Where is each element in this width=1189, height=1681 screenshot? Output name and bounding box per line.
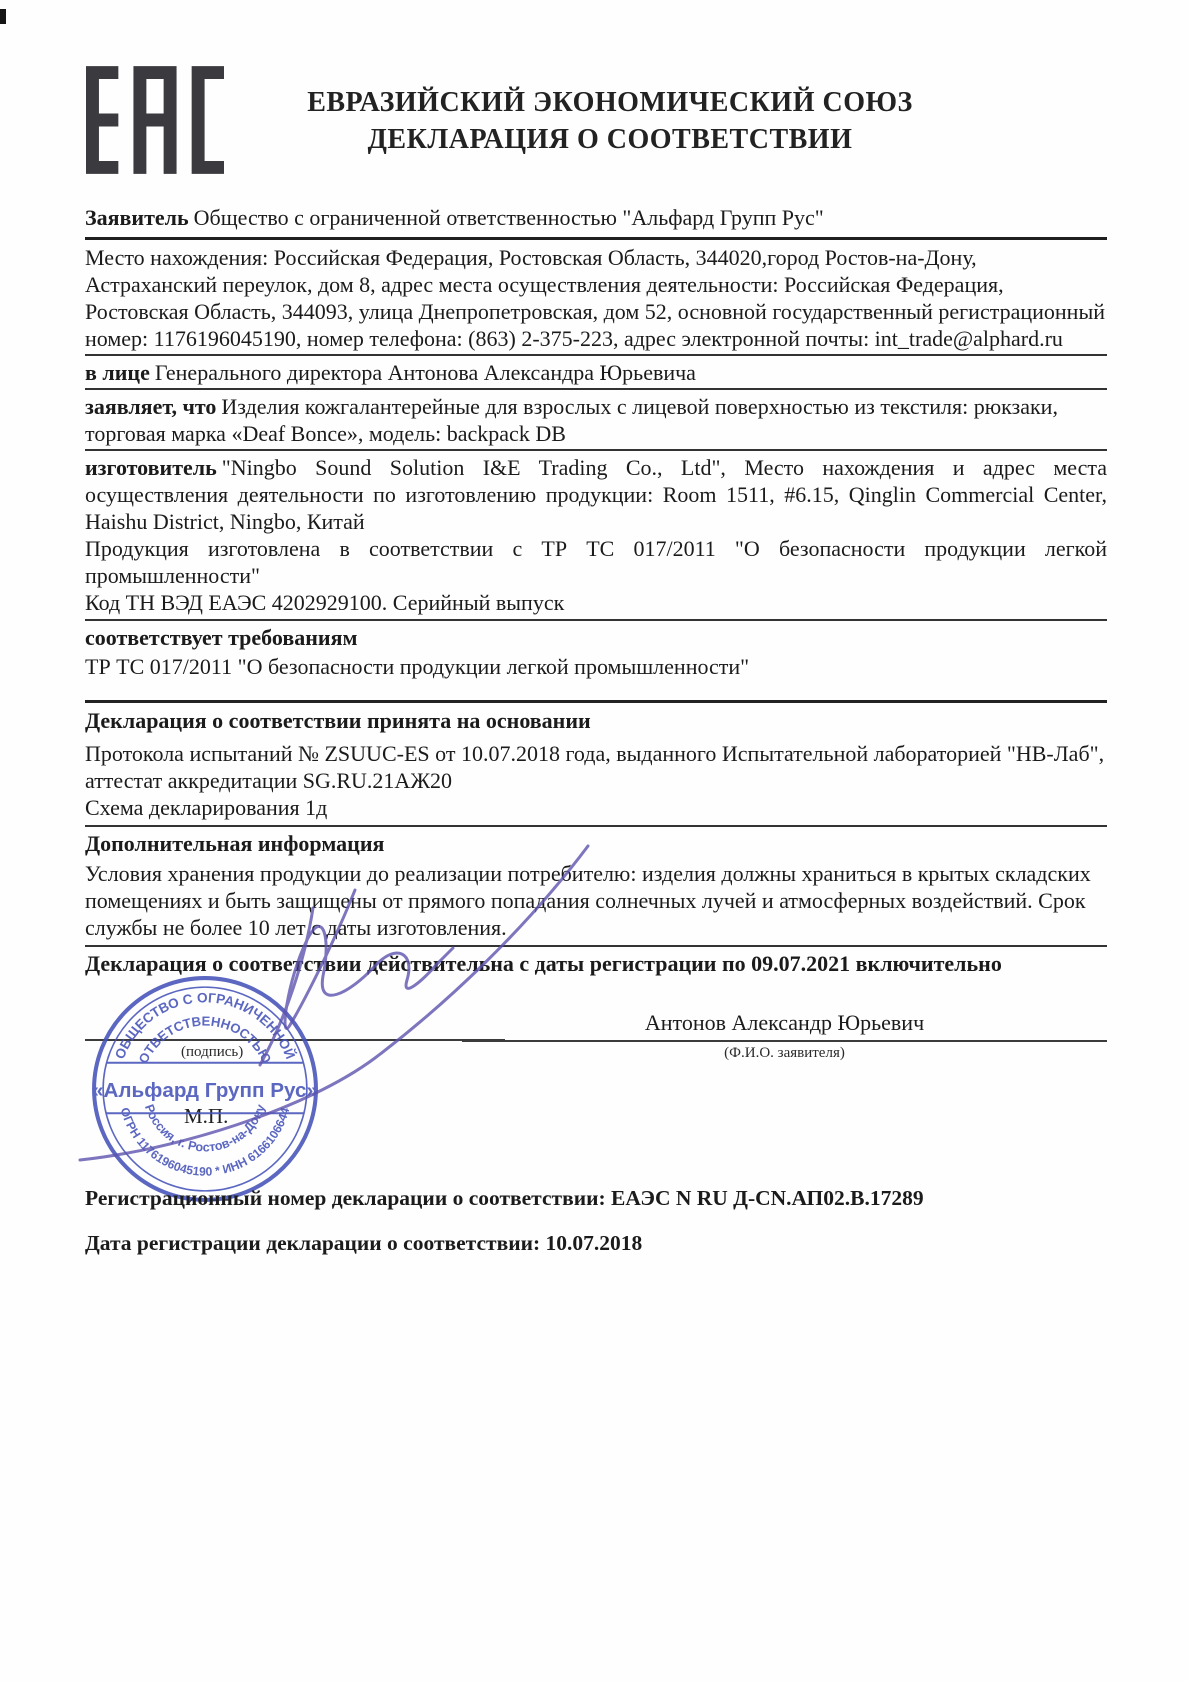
reg-date-value: 10.07.2018 xyxy=(546,1231,643,1255)
production-paragraph: Продукция изготовлена в соответствии с Т… xyxy=(85,535,1107,589)
reg-number-value: ЕАЭС N RU Д-CN.АП02.В.17289 xyxy=(611,1186,924,1210)
reg-number-row: Регистрационный номер декларации о соотв… xyxy=(85,1186,1107,1211)
reg-date-label: Дата регистрации декларации о соответств… xyxy=(85,1231,540,1255)
manufacturer-label: изготовитель xyxy=(85,455,217,480)
title-line-1: ЕВРАЗИЙСКИЙ ЭКОНОМИЧЕСКИЙ СОЮЗ xyxy=(230,84,990,121)
reg-date-row: Дата регистрации декларации о соответств… xyxy=(85,1231,1107,1256)
reg-number-label: Регистрационный номер декларации о соотв… xyxy=(85,1186,606,1210)
title-line-2: ДЕКЛАРАЦИЯ О СООТВЕТСТВИИ xyxy=(230,121,990,158)
complies-text: ТР ТС 017/2011 "О безопасности продукции… xyxy=(85,651,1107,703)
applicant-label: Заявитель xyxy=(85,205,189,230)
applicant-value: Общество с ограниченной ответственностью… xyxy=(194,205,824,230)
eac-logo xyxy=(86,66,224,174)
basis-heading: Декларация о соответствии принята на осн… xyxy=(85,703,1107,734)
declares-value: Изделия кожгалантерейные для взрослых с … xyxy=(85,394,1058,446)
in-person-label: в лице xyxy=(85,360,150,385)
in-person-value: Генерального директора Антонова Александ… xyxy=(155,360,696,385)
page-title: ЕВРАЗИЙСКИЙ ЭКОНОМИЧЕСКИЙ СОЮЗ ДЕКЛАРАЦИ… xyxy=(230,84,990,158)
manufacturer-row: изготовитель"Ningbo Sound Solution I&E T… xyxy=(85,451,1107,535)
declaration-document: ЕВРАЗИЙСКИЙ ЭКОНОМИЧЕСКИЙ СОЮЗ ДЕКЛАРАЦИ… xyxy=(0,0,1189,1681)
applicant-row: ЗаявительОбщество с ограниченной ответст… xyxy=(85,204,1107,240)
handwritten-signature xyxy=(55,820,635,1200)
tnved-row: Код ТН ВЭД ЕАЭС 4202929100. Серийный вып… xyxy=(85,589,1107,621)
registration-footer: Регистрационный номер декларации о соотв… xyxy=(85,1186,1107,1256)
complies-heading: соответствует требованиям xyxy=(85,621,1107,651)
manufacturer-value: "Ningbo Sound Solution I&E Trading Co., … xyxy=(85,455,1107,534)
in-person-row: в лицеГенерального директора Антонова Ал… xyxy=(85,356,1107,390)
declares-row: заявляет, чтоИзделия кожгалантерейные дл… xyxy=(85,390,1107,451)
basis-text: Протокола испытаний № ZSUUC-ES от 10.07.… xyxy=(85,734,1107,794)
declares-label: заявляет, что xyxy=(85,394,216,419)
address-paragraph: Место нахождения: Российская Федерация, … xyxy=(85,240,1107,356)
scan-artifact xyxy=(0,9,6,24)
